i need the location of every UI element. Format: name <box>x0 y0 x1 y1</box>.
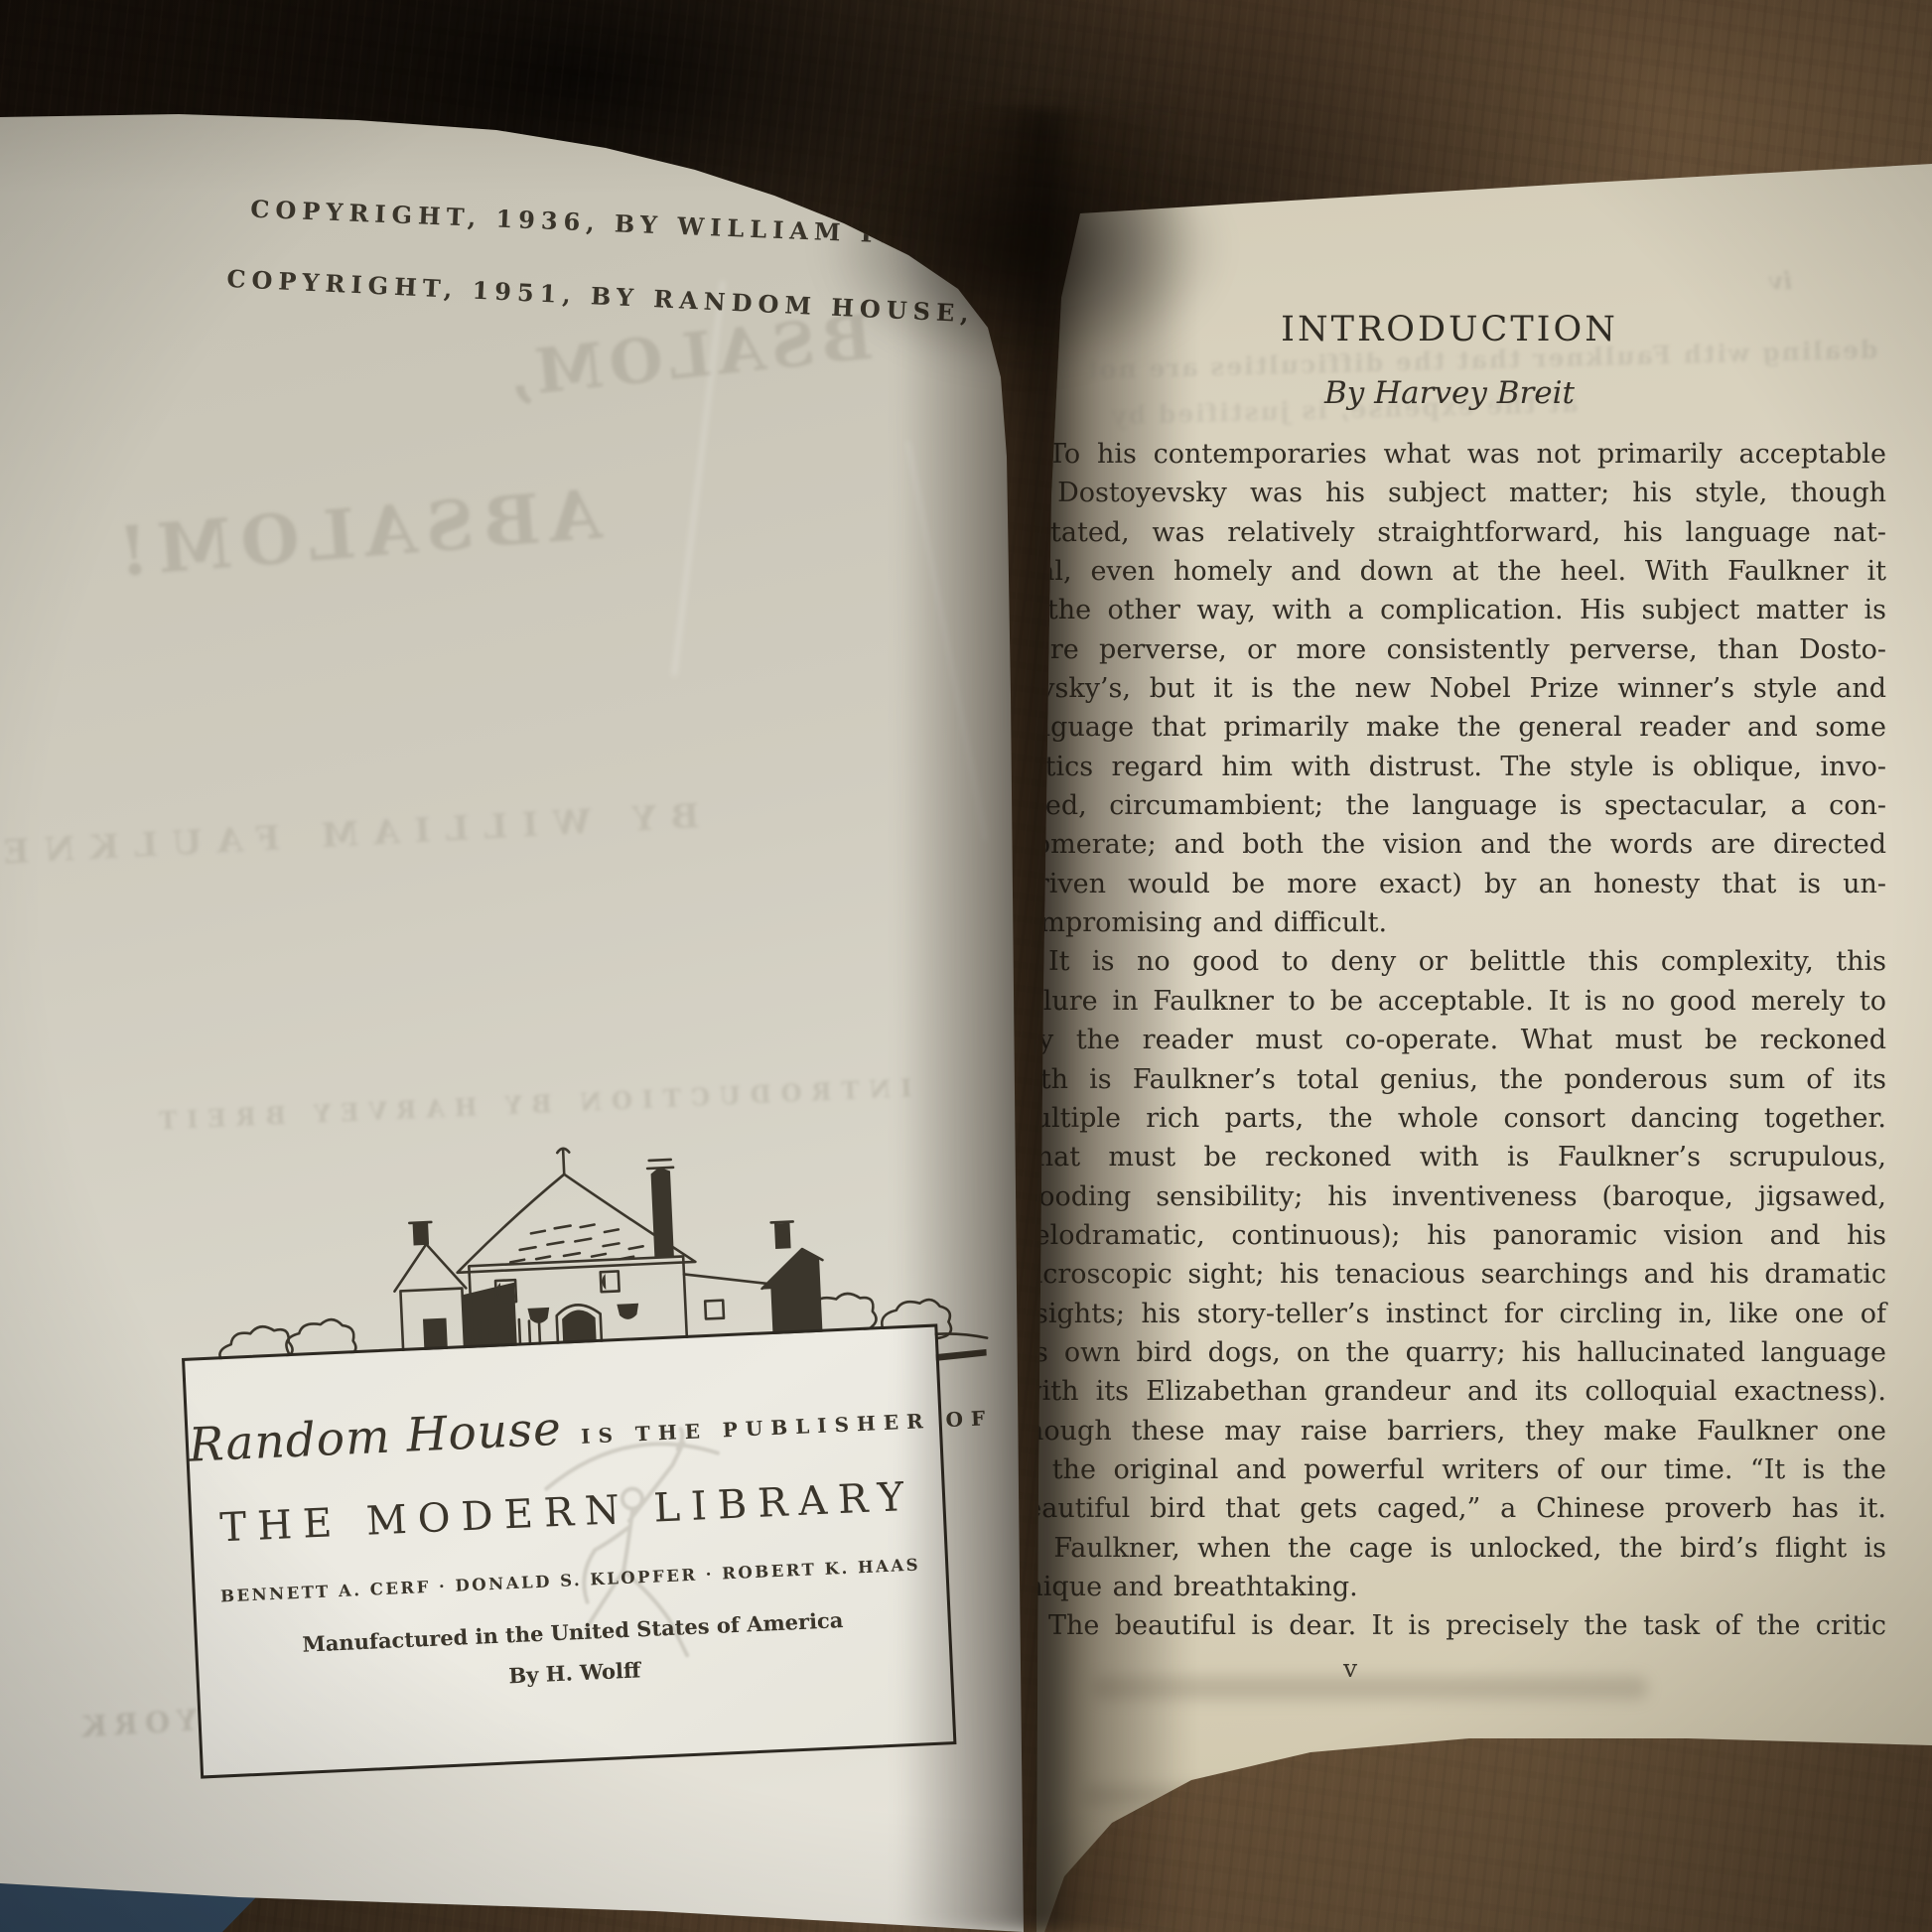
book-gutter-shadow <box>898 109 1186 1932</box>
page-number: v <box>1291 1654 1410 1683</box>
colophon-box: Random House IS THE PUBLISHER OF THE MOD… <box>182 1323 956 1778</box>
open-book-photo: BSALOM, ABSALOM! BY WILLIAM FAULKNER INT… <box>0 0 1932 1932</box>
random-house-wordmark: Random House <box>188 1402 563 1473</box>
book-gutter-top-shadow <box>814 119 1231 377</box>
ghost-bleedthrough-page-number: iv <box>1769 266 1792 295</box>
